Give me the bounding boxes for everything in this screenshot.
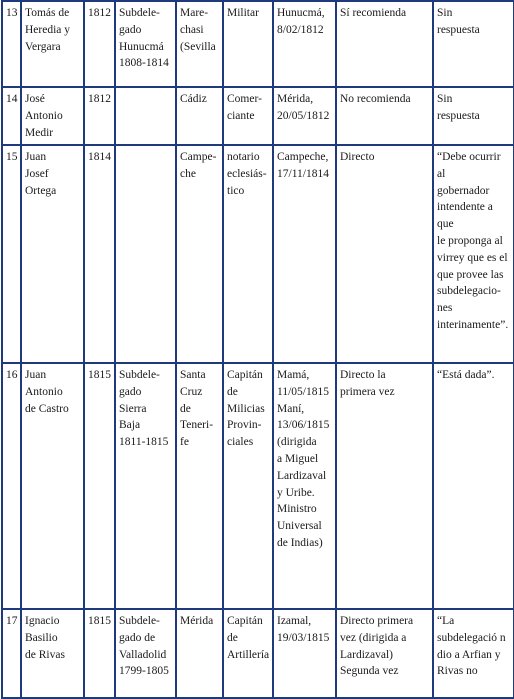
person-name: Juan Josef Ortega xyxy=(21,145,84,363)
occupation: Militar xyxy=(223,1,273,87)
recommendation: No recomienda xyxy=(336,87,433,145)
occupation: Comer- ciante xyxy=(223,87,273,145)
post: Subdele- gado Hunucmá 1808-1814 xyxy=(115,1,176,87)
response: “Está dada”. xyxy=(433,363,514,609)
year: 1815 xyxy=(84,609,115,698)
recommendation: Sí recomienda xyxy=(336,1,433,87)
row-number: 17 xyxy=(2,609,21,698)
origin: Cádiz xyxy=(176,87,223,145)
table-row: 15 Juan Josef Ortega 1814 Campe- che not… xyxy=(2,145,514,363)
table-row: 17 Ignacio Basilio de Rivas 1815 Subdele… xyxy=(2,609,514,698)
table-row: 13 Tomás de Heredia y Vergara 1812 Subde… xyxy=(2,1,514,87)
origin: Campe- che xyxy=(176,145,223,363)
table-row: 14 José Antonio Medir 1812 Cádiz Comer- … xyxy=(2,87,514,145)
response: Sin respuesta xyxy=(433,87,514,145)
origin: Santa Cruz de Teneri- fe xyxy=(176,363,223,609)
origin: Mare- chasi (Sevilla xyxy=(176,1,223,87)
recommendation: Directo primera vez (dirigida a Lardizav… xyxy=(336,609,433,698)
post xyxy=(115,145,176,363)
recommendation: Directo la primera vez xyxy=(336,363,433,609)
place-date: Izamal, 19/03/1815 xyxy=(273,609,336,698)
response: Sin respuesta xyxy=(433,1,514,87)
post: Subdele- gado Sierra Baja 1811-1815 xyxy=(115,363,176,609)
occupation: Capitán de Milicias Provin- ciales xyxy=(223,363,273,609)
person-name: Ignacio Basilio de Rivas xyxy=(21,609,84,698)
table-row: 16 Juan Antonio de Castro 1815 Subdele- … xyxy=(2,363,514,609)
response: “Debe ocurrir al gobernador intendente a… xyxy=(433,145,514,363)
row-number: 13 xyxy=(2,1,21,87)
response: “La subdelegació n dio a Arfian y Rivas … xyxy=(433,609,514,698)
post: Subdele- gado de Valladolid 1799-1805 xyxy=(115,609,176,698)
place-date: Hunucmá, 8/02/1812 xyxy=(273,1,336,87)
row-number: 16 xyxy=(2,363,21,609)
row-number: 14 xyxy=(2,87,21,145)
year: 1814 xyxy=(84,145,115,363)
row-number: 15 xyxy=(2,145,21,363)
year: 1812 xyxy=(84,1,115,87)
year: 1812 xyxy=(84,87,115,145)
place-date: Campeche, 17/11/1814 xyxy=(273,145,336,363)
candidates-table: 13 Tomás de Heredia y Vergara 1812 Subde… xyxy=(1,0,514,699)
person-name: Tomás de Heredia y Vergara xyxy=(21,1,84,87)
origin: Mérida xyxy=(176,609,223,698)
year: 1815 xyxy=(84,363,115,609)
recommendation: Directo xyxy=(336,145,433,363)
person-name: José Antonio Medir xyxy=(21,87,84,145)
person-name: Juan Antonio de Castro xyxy=(21,363,84,609)
occupation: notario eclesiás- tico xyxy=(223,145,273,363)
occupation: Capitán de Artillería xyxy=(223,609,273,698)
place-date: Mérida, 20/05/1812 xyxy=(273,87,336,145)
post xyxy=(115,87,176,145)
place-date: Mamá, 11/05/1815 Maní, 13/06/1815 (dirig… xyxy=(273,363,336,609)
